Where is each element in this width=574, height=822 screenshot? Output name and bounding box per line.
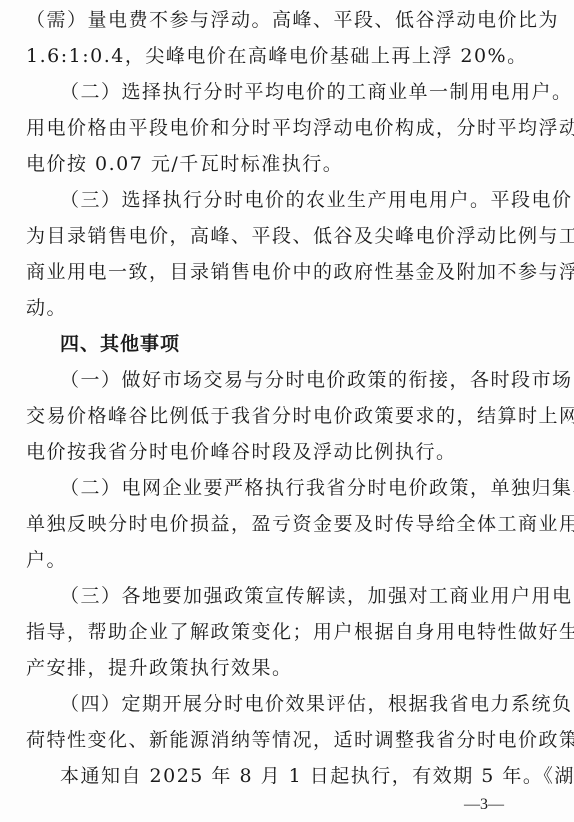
page-number: —3—: [464, 796, 504, 814]
text-line: 动。: [26, 296, 486, 320]
text-line: （需）量电费不参与浮动。高峰、平段、低谷浮动电价比为: [26, 8, 486, 32]
document-page: （需）量电费不参与浮动。高峰、平段、低谷浮动电价比为1.6:1:0.4，尖峰电价…: [0, 0, 574, 822]
text-line: （二）电网企业要严格执行我省分时电价政策，单独归集、: [60, 476, 486, 500]
text-line: 用电价格由平段电价和分时平均浮动电价构成，分时平均浮动: [26, 116, 486, 140]
text-line: （一）做好市场交易与分时电价政策的衔接，各时段市场: [60, 368, 486, 392]
text-line: 指导，帮助企业了解政策变化；用户根据自身用电特性做好生: [26, 620, 486, 644]
text-line: 单独反映分时电价损益，盈亏资金要及时传导给全体工商业用: [26, 512, 486, 536]
text-line: （二）选择执行分时平均电价的工商业单一制用电用户。: [60, 80, 486, 104]
section-heading: 四、其他事项: [60, 332, 486, 356]
text-line: 电价按我省分时电价峰谷时段及浮动比例执行。: [26, 440, 486, 464]
text-line: 电价按 0.07 元/千瓦时标准执行。: [26, 152, 486, 176]
text-line: （三）选择执行分时电价的农业生产用电用户。平段电价: [60, 188, 486, 212]
text-line: 产安排，提升政策执行效果。: [26, 656, 486, 680]
text-line: 1.6:1:0.4，尖峰电价在高峰电价基础上再上浮 20%。: [26, 44, 486, 68]
text-line: 为目录销售电价，高峰、平段、低谷及尖峰电价浮动比例与工: [26, 224, 486, 248]
text-line: 户。: [26, 548, 486, 572]
text-line: （四）定期开展分时电价效果评估，根据我省电力系统负: [60, 692, 486, 716]
text-line: 商业用电一致，目录销售电价中的政府性基金及附加不参与浮: [26, 260, 486, 284]
text-line: 荷特性变化、新能源消纳等情况，适时调整我省分时电价政策。: [26, 728, 486, 752]
text-line: （三）各地要加强政策宣传解读，加强对工商业用户用电: [60, 584, 486, 608]
text-line: 本通知自 2025 年 8 月 1 日起执行，有效期 5 年。《湖南省: [60, 764, 486, 788]
text-line: 交易价格峰谷比例低于我省分时电价政策要求的，结算时上网: [26, 404, 486, 428]
